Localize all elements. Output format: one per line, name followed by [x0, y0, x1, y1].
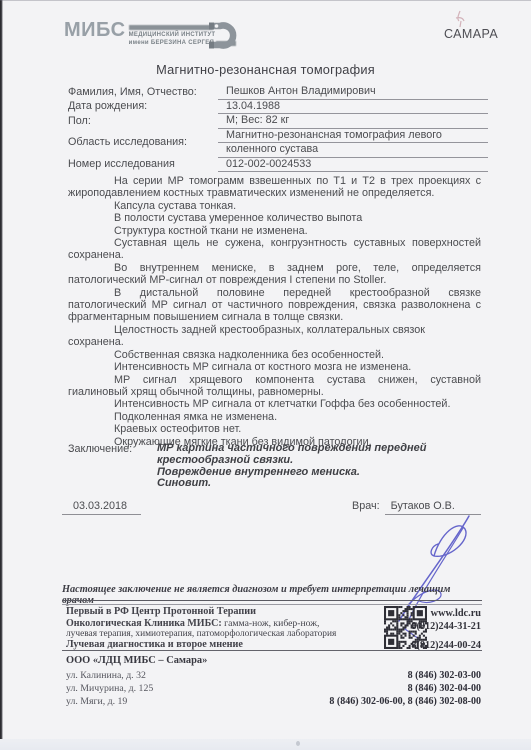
double-divider	[62, 600, 482, 605]
mibs-logo: МИБС МЕДИЦИНСКИЙ ИНСТИТУТ имени БЕРЕЗИНА…	[64, 20, 236, 47]
report-line: В дистальной половине передней крестообр…	[68, 287, 481, 324]
report-line: Краевых остеофитов нет.	[68, 423, 481, 435]
field-value: 012-002-0024533	[218, 158, 488, 173]
phone-number: 8(812)244-31-21	[329, 621, 481, 632]
field-label: Область исследования:	[68, 136, 218, 150]
report-line: На серии МР томограмм взвешенных по Т1 и…	[68, 175, 481, 200]
field-row-study-area: Область исследования: Магнитно-резонансн…	[68, 129, 488, 158]
logo-subtitle-2: имени БЕРЕЗИНА СЕРГЕЯ	[129, 40, 215, 47]
report-line: Интенсивность МР сигнала от костного моз…	[68, 361, 481, 373]
magnet-icon	[206, 20, 238, 49]
address-row: ул. Калинина, д. 32 8 (846) 302-03-00	[66, 669, 481, 682]
conclusion-text: МР картина частичного повреждения передн…	[157, 443, 433, 490]
report-body: На серии МР томограмм взвешенных по Т1 и…	[68, 175, 481, 448]
street-address: ул. Мяги, д. 19	[66, 695, 127, 708]
report-line: Во внутреннем мениске, в заднем роге, те…	[68, 262, 481, 287]
scan-edge-top	[0, 0, 531, 1]
report-line: Интенсивность МР сигнала от клетчатки Го…	[68, 398, 481, 410]
patient-fields: Фамилия, Имя, Отчество: Пешков Антон Вла…	[68, 85, 488, 172]
clinic-line: Первый в РФ Центр Протонной Терапии	[66, 606, 336, 618]
clinic-line: Онкологическая Клиника МИБС: гамма-нож, …	[66, 618, 336, 629]
clinic-info: Первый в РФ Центр Протонной Терапии Онко…	[66, 606, 336, 651]
street-address: ул. Мичурина, д. 125	[66, 682, 153, 695]
report-line: Целостность задней крестообразных, колла…	[68, 324, 481, 349]
field-value: Магнитно-резонансная томография левого	[218, 129, 488, 144]
address-list: ул. Калинина, д. 32 8 (846) 302-03-00 ул…	[66, 669, 481, 708]
address-row: ул. Мичурина, д. 125 8 (846) 302-04-00	[66, 682, 481, 695]
field-value: Пешков Антон Владимирович	[218, 85, 488, 100]
field-row-name: Фамилия, Имя, Отчество: Пешков Антон Вла…	[68, 85, 488, 100]
company-name: ООО «ЛДЦ МИБС – Самара»	[66, 655, 207, 666]
field-label: Фамилия, Имя, Отчество:	[68, 86, 218, 100]
field-row-study-number: Номер исследования 012-002-0024533	[68, 158, 488, 173]
street-address: ул. Калинина, д. 32	[66, 669, 146, 682]
report-line: В полости сустава умеренное количество в…	[68, 212, 481, 224]
website-link: www.ldc.ru	[329, 608, 481, 619]
scanned-mri-report: МИБС МЕДИЦИНСКИЙ ИНСТИТУТ имени БЕРЕЗИНА…	[0, 0, 531, 750]
conclusion-line: Синовит.	[157, 478, 433, 490]
field-label: Номер исследования	[68, 158, 218, 172]
field-row-birthdate: Дата рождения: 13.04.1988	[68, 100, 488, 115]
page-title: Магнитно-резонансная томография	[0, 62, 531, 77]
phone-number: 8 (846) 302-06-00, 8 (846) 302-08-00	[329, 695, 481, 708]
report-line: Суставная щель не сужена, конгруэнтность…	[68, 237, 481, 262]
report-line: Подколенная ямка не изменена.	[68, 411, 481, 423]
footer-contacts: www.ldc.ru 8(812)244-31-21 8(812)244-00-…	[329, 608, 481, 651]
phone-number: 8 (846) 302-03-00	[408, 669, 481, 682]
conclusion-line: МР картина частичного повреждения передн…	[157, 443, 433, 467]
report-line: Капсула сустава тонкая.	[68, 200, 481, 212]
phone-number: 8 (846) 302-04-00	[408, 682, 481, 695]
conclusion-section: Заключение: МР картина частичного повреж…	[68, 443, 433, 490]
conclusion-label: Заключение:	[68, 443, 157, 490]
field-value: 13.04.1988	[218, 100, 488, 115]
report-line: МР сигнал хрящевого компонента сустава с…	[68, 374, 481, 399]
doctor-label: Врач:	[352, 500, 380, 515]
field-label: Пол:	[68, 115, 218, 129]
field-label: Дата рождения:	[68, 100, 218, 114]
field-value: коленного сустава	[218, 143, 488, 158]
field-value: М; Вес: 82 кг	[218, 114, 488, 129]
clinic-line: лучевая терапия, химиотерапия, патоморфо…	[66, 629, 336, 640]
address-row: ул. Мяги, д. 19 8 (846) 302-06-00, 8 (84…	[66, 695, 481, 708]
scan-artifact	[451, 9, 469, 29]
scan-edge-bottom	[0, 739, 531, 750]
scan-artifact-dot	[296, 741, 300, 746]
report-line: Собственная связка надколенника без особ…	[68, 349, 481, 361]
city-label: САМАРА	[444, 27, 498, 41]
report-date: 03.03.2018	[62, 500, 141, 515]
logo-smudge	[129, 25, 213, 30]
field-row-sex: Пол: М; Вес: 82 кг	[68, 114, 488, 129]
scan-edge-left	[0, 0, 3, 750]
logo-text: МИБС	[64, 20, 126, 40]
divider	[62, 650, 482, 651]
report-line: Структура костной ткани не изменена.	[68, 225, 481, 237]
